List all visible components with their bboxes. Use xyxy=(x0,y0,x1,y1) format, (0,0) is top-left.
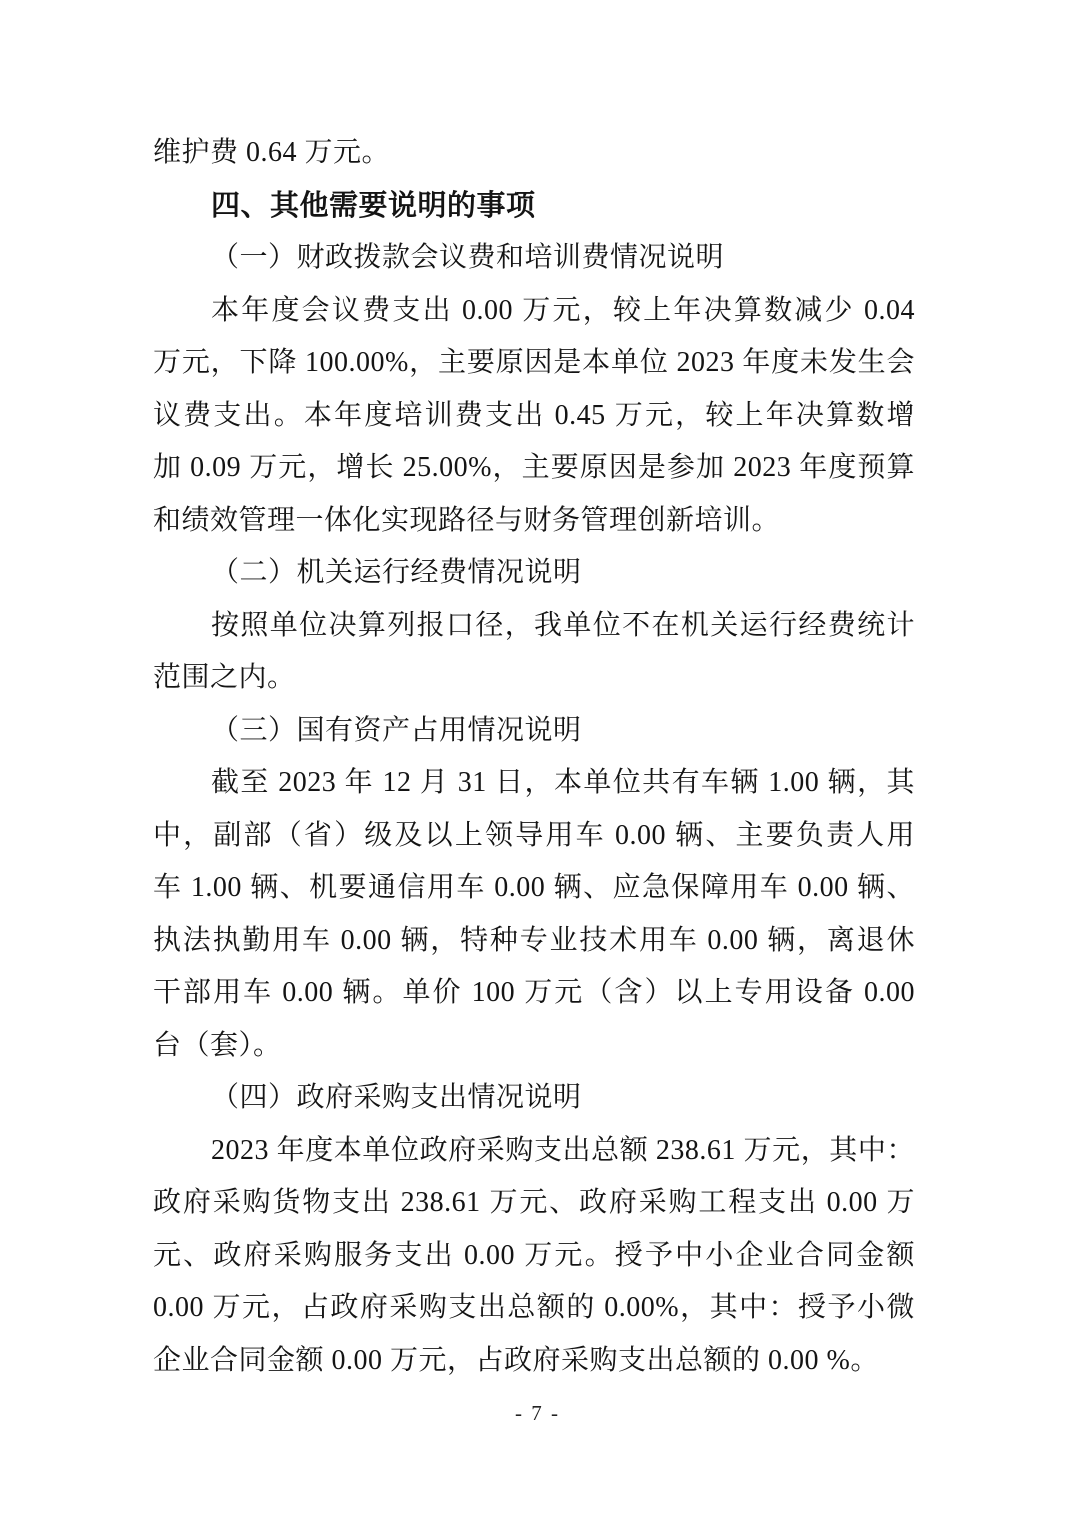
subsection-heading-block: （三）国有资产占用情况说明 xyxy=(153,705,915,758)
body-line: 维护费 0.64 万元。 xyxy=(153,127,915,180)
paragraph-continuation: 维护费 0.64 万元。 xyxy=(153,127,915,180)
paragraph: 本年度会议费支出 0.00 万元，较上年决算数减少 0.04 万元，下降 100… xyxy=(153,285,915,548)
body-line: 车 1.00 辆、机要通信用车 0.00 辆、应急保障用车 0.00 辆、 xyxy=(153,862,915,915)
body-line: 议费支出。本年度培训费支出 0.45 万元，较上年决算数增 xyxy=(153,390,915,443)
body-line: 0.00 万元，占政府采购支出总额的 0.00%，其中：授予小微 xyxy=(153,1282,915,1335)
body-line: 和绩效管理一体化实现路径与财务管理创新培训。 xyxy=(153,495,915,548)
section-heading-block: 四、其他需要说明的事项 xyxy=(153,180,915,233)
paragraph: 按照单位决算列报口径，我单位不在机关运行经费统计 范围之内。 xyxy=(153,600,915,705)
body-line: 按照单位决算列报口径，我单位不在机关运行经费统计 xyxy=(153,600,915,653)
body-line: 中，副部（省）级及以上领导用车 0.00 辆、主要负责人用 xyxy=(153,810,915,863)
subsection-heading: （一）财政拨款会议费和培训费情况说明 xyxy=(153,232,915,285)
body-line: 执法执勤用车 0.00 辆，特种专业技术用车 0.00 辆，离退休 xyxy=(153,915,915,968)
body-line: 加 0.09 万元，增长 25.00%，主要原因是参加 2023 年度预算 xyxy=(153,442,915,495)
subsection-heading-block: （四）政府采购支出情况说明 xyxy=(153,1072,915,1125)
subsection-heading-block: （二）机关运行经费情况说明 xyxy=(153,547,915,600)
body-line: 本年度会议费支出 0.00 万元，较上年决算数减少 0.04 xyxy=(153,285,915,338)
body-line: 台（套）。 xyxy=(153,1020,915,1073)
section-heading: 四、其他需要说明的事项 xyxy=(153,180,915,233)
document-page: 维护费 0.64 万元。 四、其他需要说明的事项 （一）财政拨款会议费和培训费情… xyxy=(0,0,1075,1520)
subsection-heading: （二）机关运行经费情况说明 xyxy=(153,547,915,600)
body-line: 政府采购货物支出 238.61 万元、政府采购工程支出 0.00 万 xyxy=(153,1177,915,1230)
body-line: 范围之内。 xyxy=(153,652,915,705)
paragraph: 截至 2023 年 12 月 31 日，本单位共有车辆 1.00 辆，其 中，副… xyxy=(153,757,915,1072)
document-content: 维护费 0.64 万元。 四、其他需要说明的事项 （一）财政拨款会议费和培训费情… xyxy=(153,127,915,1387)
body-line: 干部用车 0.00 辆。单价 100 万元（含）以上专用设备 0.00 xyxy=(153,967,915,1020)
page-number: - 7 - xyxy=(0,1398,1075,1428)
subsection-heading-block: （一）财政拨款会议费和培训费情况说明 xyxy=(153,232,915,285)
subsection-heading: （三）国有资产占用情况说明 xyxy=(153,705,915,758)
body-line: 截至 2023 年 12 月 31 日，本单位共有车辆 1.00 辆，其 xyxy=(153,757,915,810)
body-line: 2023 年度本单位政府采购支出总额 238.61 万元，其中： xyxy=(153,1125,915,1178)
body-line: 企业合同金额 0.00 万元，占政府采购支出总额的 0.00 %。 xyxy=(153,1335,915,1388)
body-line: 万元，下降 100.00%，主要原因是本单位 2023 年度未发生会 xyxy=(153,337,915,390)
subsection-heading: （四）政府采购支出情况说明 xyxy=(153,1072,915,1125)
body-line: 元、政府采购服务支出 0.00 万元。授予中小企业合同金额 xyxy=(153,1230,915,1283)
paragraph: 2023 年度本单位政府采购支出总额 238.61 万元，其中： 政府采购货物支… xyxy=(153,1125,915,1388)
